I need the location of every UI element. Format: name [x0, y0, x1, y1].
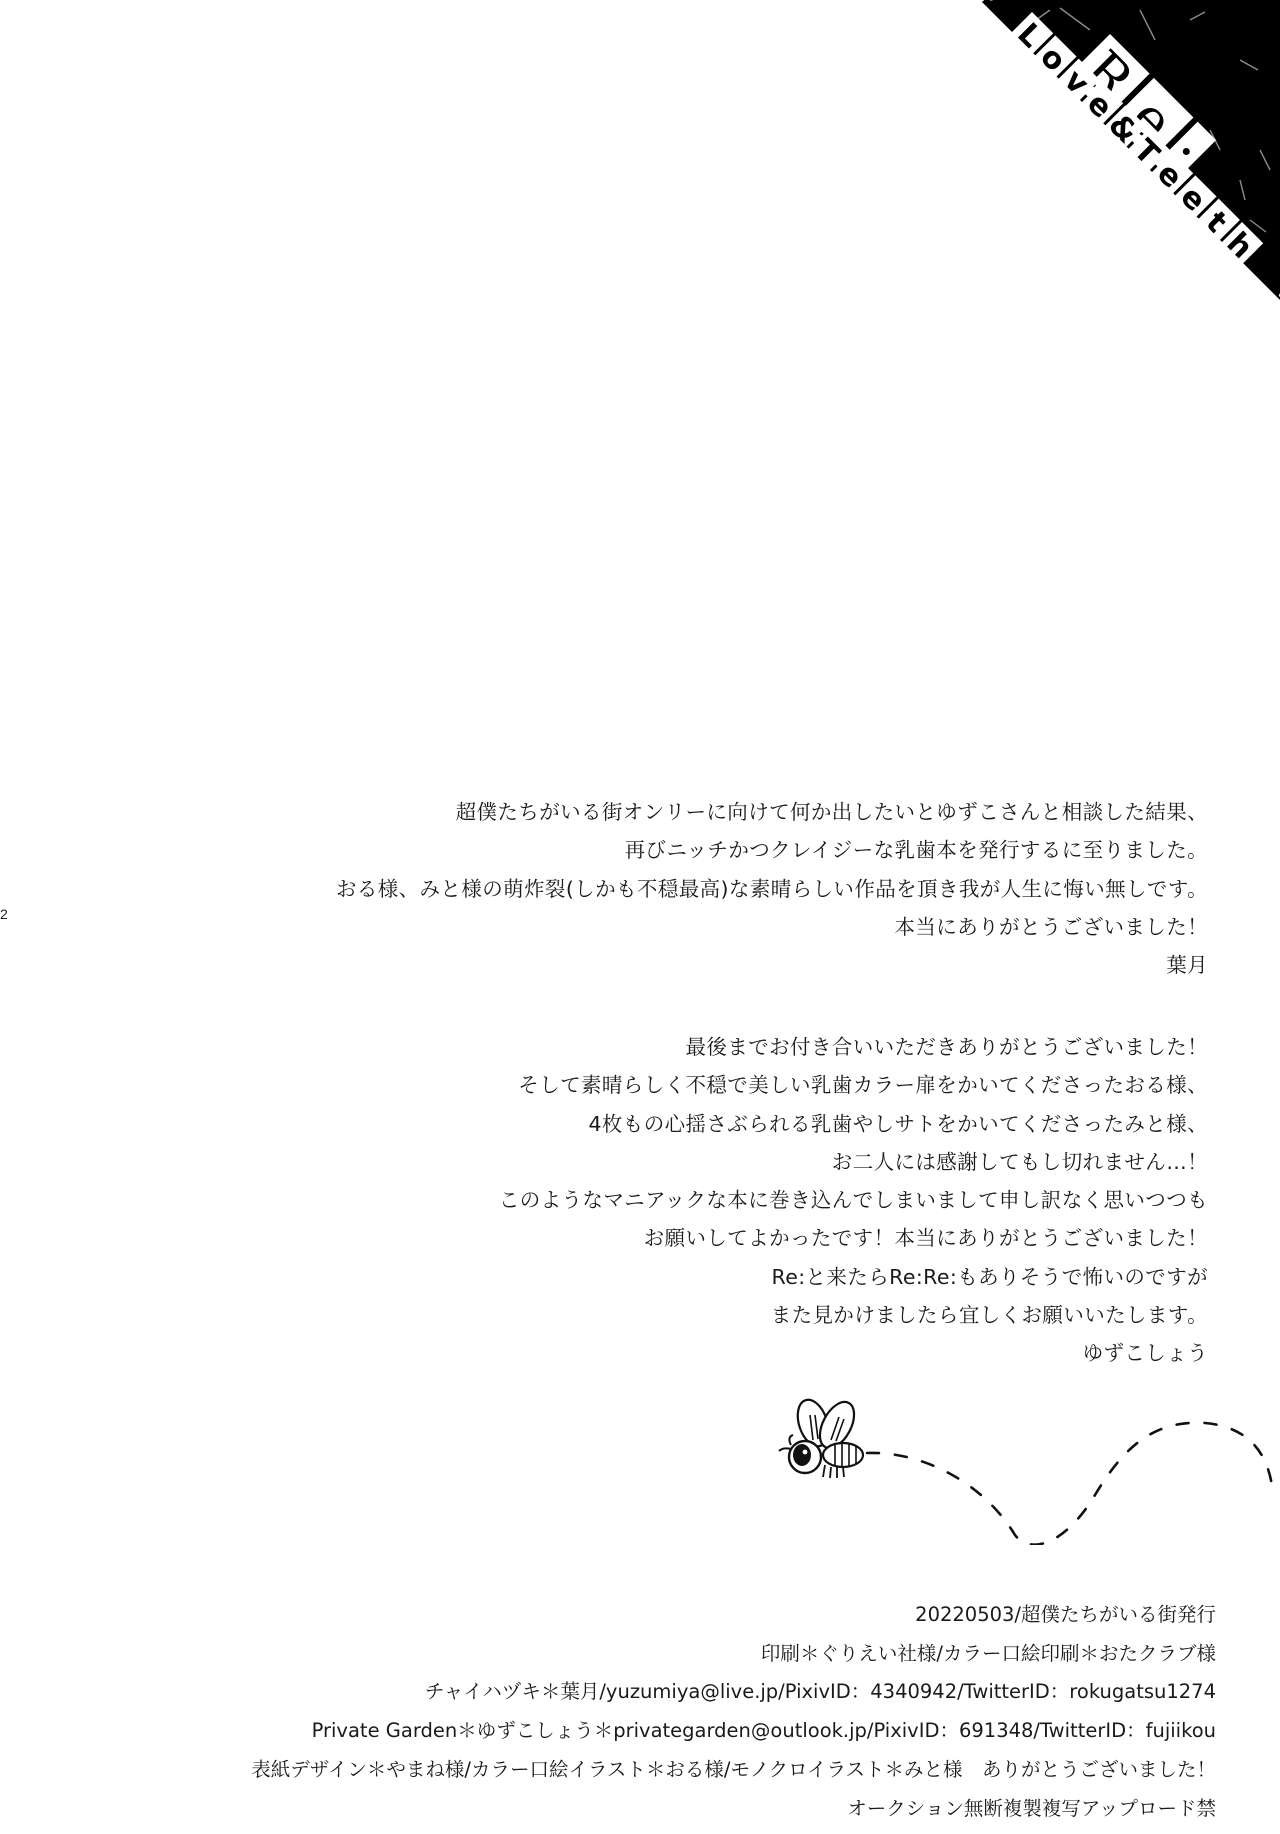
afterword-line: お二人には感謝してもし切れません…！	[499, 1143, 1208, 1181]
author-signature: 葉月	[336, 946, 1208, 984]
colophon-circle-hazuki: チャイハヅキ＊葉月/yuzumiya@live.jp/PixivID：43409…	[251, 1673, 1216, 1712]
author-signature: ゆずこしょう	[499, 1334, 1208, 1372]
page-number: 2	[0, 906, 8, 922]
afterword-yuzukoshou: 最後までお付き合いいただきありがとうございました！ そして素晴らしく不穏で美しい…	[499, 1028, 1208, 1373]
colophon: 20220503/超僕たちがいる街発行 印刷＊ぐりえい社様/カラー口絵印刷＊おた…	[251, 1596, 1216, 1828]
afterword-line: そして素晴らしく不穏で美しい乳歯カラー扉をかいてくださったおる様、	[499, 1066, 1208, 1104]
afterword-line: このようなマニアックな本に巻き込んでしまいまして申し訳なく思いつつも	[499, 1181, 1208, 1219]
afterword-line: また見かけましたら宜しくお願いいたします。	[499, 1296, 1208, 1334]
afterword-line: お願いしてよかったです！本当にありがとうございました！	[499, 1219, 1208, 1257]
afterword-line: おる様、みと様の萌炸裂(しかも不穏最高)な素晴らしい作品を頂き我が人生に悔い無し…	[336, 870, 1208, 908]
bee-icon	[755, 1385, 1280, 1545]
afterword-line: Re:と来たらRe:Re:もありそうで怖いのですが	[499, 1258, 1208, 1296]
afterword-line: 本当にありがとうございました！	[336, 908, 1208, 946]
colophon-issue-date: 20220503/超僕たちがいる街発行	[251, 1596, 1216, 1635]
colophon-circle-yuzukoshou: Private Garden＊ゆずこしょう＊privategarden@outl…	[251, 1712, 1216, 1751]
afterword-line: 4枚もの心揺さぶられる乳歯やしサトをかいてくださったみと様、	[499, 1105, 1208, 1143]
colophon-printer: 印刷＊ぐりえい社様/カラー口絵印刷＊おたクラブ様	[251, 1635, 1216, 1674]
colophon-copyright-notice: オークション無断複製複写アップロード禁	[251, 1790, 1216, 1829]
title-subtitle: L o v e & T e e t h	[1007, 12, 1264, 269]
colophon-credits: 表紙デザイン＊やまね様/カラー口絵イラスト＊おる様/モノクロイラスト＊みと様 あ…	[251, 1751, 1216, 1790]
flight-path	[867, 1423, 1273, 1545]
title-corner-graphic: R e : L o v e & T e e t h	[940, 0, 1280, 340]
afterword-line: 超僕たちがいる街オンリーに向けて何か出したいとゆずこさんと相談した結果、	[336, 793, 1208, 831]
afterword-line: 再びニッチかつクレイジーな乳歯本を発行するに至りました。	[336, 831, 1208, 869]
bee-illustration	[755, 1385, 1280, 1545]
afterword-line: 最後までお付き合いいただきありがとうございました！	[499, 1028, 1208, 1066]
afterword-hazuki: 超僕たちがいる街オンリーに向けて何か出したいとゆずこさんと相談した結果、 再びニ…	[336, 793, 1208, 984]
